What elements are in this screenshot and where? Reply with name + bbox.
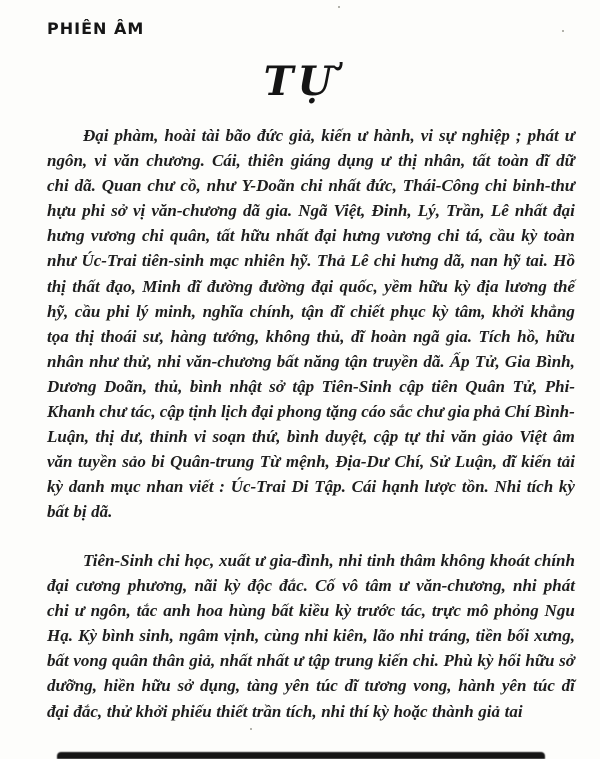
word: Y-Doãn [242,176,295,196]
word: lão [373,626,395,646]
word: cập [160,402,185,422]
word: kỳ [224,576,240,596]
word: dĩ [187,277,200,297]
word: thị [75,327,94,347]
word: thâm [400,551,436,571]
word: thoái [101,327,137,347]
word: sắc [390,402,413,422]
text-line: ngôn,vivănchương.Cái,thiêngiángdụngưthịn… [47,151,575,176]
word: sư, [143,327,164,347]
word: tất [217,226,235,246]
word: Úc-Trai [231,477,286,497]
scan-speck [338,6,340,8]
word: cập [399,377,424,397]
text-line: Tiên-Sinhchihọc,xuấtưgia-đình,nhitinhthâ… [47,551,575,576]
word: thế [553,277,575,297]
word: ngôn, [47,151,87,171]
word: chính [534,551,575,571]
word: nhi [400,626,424,646]
word: vương [91,226,136,246]
word: yềm [384,277,412,297]
word: tâm, [455,302,486,322]
word: nhan [146,477,183,497]
word: sự [439,126,456,146]
word: hối [498,651,521,671]
word: hựu [47,201,76,221]
word: nhật [230,377,262,397]
word: quân [112,651,148,671]
word: lịch [221,402,247,422]
word: trần [252,702,281,722]
word: ; [516,126,522,146]
word: gia. [266,201,292,221]
word: chư [417,402,444,422]
section-title: TỰ [0,58,600,105]
page-bottom-scan-shadow [57,752,545,759]
word: kiến [521,452,551,472]
word: đại [553,201,575,221]
word: hạnh [382,477,419,497]
word: lược [425,477,457,497]
text-line: DươngDoãn,thủ,bìnhnhậtsởtậpTiên-Sinhcậpt… [47,377,575,402]
word: thành [432,702,474,722]
word: cáo [361,402,386,422]
word: yên [285,676,310,696]
word: tai. [526,251,548,271]
word: nhất [220,651,252,671]
word: cầu [75,302,101,322]
word: Cái, [212,151,241,171]
word: Luận, [455,452,497,472]
word: túc [533,676,555,696]
word: tai [505,702,523,722]
word: thiên [248,151,284,171]
word: bình [102,626,134,646]
word: Cái [352,477,377,497]
word: dư, [121,427,144,447]
word: phi [82,201,105,221]
word: danh [69,477,105,497]
word: Ấp [450,352,470,372]
word: Quân-trung [170,452,254,472]
word: phàm, [114,126,158,146]
word: tồn. [462,477,489,497]
text-line: đạiđắc,thửkhởiphiếuthiếttrầntích,nhithík… [47,702,575,727]
word: chi [158,551,180,571]
word: tận [301,302,324,322]
word: Tiên-Sinh [83,551,153,571]
word: dĩ [345,676,358,696]
word: hoài [164,126,195,146]
word: Phi- [545,377,575,397]
word: thiết [216,702,247,722]
word: phiếu [172,702,212,722]
word: thứ, [252,427,281,447]
word: anh [163,601,190,621]
word: học, [185,551,215,571]
word: quốc, [339,277,377,297]
word: chính, [250,302,295,322]
word: Hạ. [47,626,73,646]
word: chương. [146,151,205,171]
word: tác, [131,402,156,422]
word: vi [421,126,433,146]
text-line: hỹ,cầuphilýminh,nghĩachính,tậndĩchiếtphụ… [47,302,575,327]
word: thủ, [317,327,345,347]
word: dĩ [536,151,549,171]
word: nãi [194,576,217,596]
word: kỳ [454,277,470,297]
scan-speck [250,728,252,730]
word: mục [110,477,140,497]
word: bị [73,502,86,522]
word: kỳ [559,477,575,497]
word: tọa [47,327,69,347]
word: văn-chương, [416,576,506,596]
word: hàng [171,327,207,347]
word: Lý, [418,201,440,221]
paragraph-2: Tiên-Sinhchihọc,xuấtưgia-đình,nhitinhthâ… [47,551,575,727]
word: hoặc [394,702,428,722]
word: Chí, [394,452,424,472]
word: tự [405,427,420,447]
word: dã. [75,176,96,196]
word: viết [189,477,214,497]
word: bình [190,377,222,397]
word: phỏng [494,601,538,621]
word: Hồ [553,251,575,271]
word: gia-đình, [270,551,334,571]
text-line: nhânnhưthử,nhivăn-chươngbấtnăngtậntruyền… [47,352,575,377]
word: chi [374,251,396,271]
word: phong [277,402,321,422]
word: Cố [315,576,335,596]
word: ư [357,126,367,146]
word: nghiệp [462,126,510,146]
word: đường [207,277,253,297]
text-line: nhưÚc-Traitiên-sinhmạcnhiênhỹ.ThảLêchihư… [47,251,575,276]
word: Úc-Trai [81,251,136,271]
word: ư [565,126,575,146]
word: giả, [189,651,215,671]
word: tận [345,352,368,372]
word: nhi [338,551,362,571]
word: Từ [260,452,281,472]
word: cập [374,427,399,447]
word: tướng, [213,327,259,347]
word: minh, [155,302,196,322]
word: Thả [317,251,345,271]
word: hoàn [371,327,407,347]
word: tiên [431,377,457,397]
word: Tiên-Sinh [322,377,392,397]
word: ư [255,551,265,571]
word: Phù [443,651,472,671]
word: Sử [430,452,450,472]
word: văn-chương [186,352,271,372]
word: bất [47,651,69,671]
word: dữ [556,151,575,171]
word: đại [47,576,69,596]
word: nhân [47,352,84,372]
word: trung [335,651,374,671]
word: hữu [419,277,448,297]
word: phả [474,402,500,422]
word: xuất [219,551,250,571]
word: dĩ [502,452,515,472]
scanned-book-page: PHIÊN ÂM TỰ Đạiphàm,hoàitàibãođứcgiả,kiế… [0,0,600,759]
word: kiều [299,601,329,621]
word: chiết [350,302,384,322]
word: Khanh [47,402,95,422]
text-line: bấtvongquânthângiả,nhấtnhấtưtậptrungkiến… [47,651,575,676]
word: sở [269,377,285,397]
word: Tập. [314,477,346,497]
word: Việt, [334,201,366,221]
word: ngôn, [91,601,131,621]
text-line: Luận,thịdư,thỉnhvisoạnthứ,bìnhduyệt,cậpt… [47,427,575,452]
word: duyệt, [325,427,367,447]
word: nhi [513,576,537,596]
word: kiến [378,651,408,671]
word: Ngã [298,201,327,221]
word: hữu [525,651,554,671]
word: tâm [365,576,391,596]
word: ngã [413,327,439,347]
word: chi [142,226,164,246]
word: toàn [544,226,575,246]
word: Tử, [475,352,500,372]
page-header-label: PHIÊN ÂM [47,19,144,38]
word: soạn [213,427,246,447]
word: đại [252,402,274,422]
word: thất [72,277,99,297]
word: vi [194,427,206,447]
word: chư [147,176,174,196]
text-line: bấtbịdã. [47,502,575,527]
word: vị [133,201,145,221]
word: Bình, [536,352,575,372]
word: nhiên [244,251,285,271]
word: bất [47,502,69,522]
word: đức, [366,176,396,196]
word: bình [287,427,319,447]
word: hồ, [517,327,539,347]
word: tập [308,651,330,671]
text-line: hưngvươngchiquân,tấthữunhấtđạihưngvươngc… [47,226,575,251]
word: nhi [304,626,328,646]
word: nhân, [424,151,465,171]
word: thị [398,151,417,171]
word: tịnh [188,402,216,422]
word: Quan [102,176,142,196]
word: sở [559,651,575,671]
word: khởi [492,302,524,322]
word: Đinh, [371,201,411,221]
word: bão [226,126,252,146]
word: giảo [483,427,513,447]
word: mệnh, [286,452,330,472]
word: đường [259,277,305,297]
word: dã. [423,352,444,372]
word: thị [47,277,66,297]
word: tích, [286,702,317,722]
word: Bình- [534,402,575,422]
word: sở [178,676,194,696]
word: dưỡng, [47,676,97,696]
word: Chí [504,402,530,422]
text-line: hựuphisởvịvăn-chươngdãgia.NgãViệt,Đinh,L… [47,201,575,226]
word: sinh, [139,626,174,646]
word: kiến [321,126,351,146]
word: Ngu [545,601,575,621]
word: hữu [546,327,575,347]
text-line: chidã.Quanchưcồ,nhưY-Doãnchinhấtđức,Thái… [47,176,575,201]
word: ngâm [179,626,219,646]
word: vịnh, [224,626,259,646]
word: dã [243,201,260,221]
word: kỳ [373,702,389,722]
text-line: tọathịthoáisư,hàngtướng,khôngthủ,dĩhoànn… [47,327,575,352]
word: bất [271,601,293,621]
word: : [219,477,225,497]
word: tá, [466,226,483,246]
word: vong, [413,676,451,696]
word: vương [387,226,432,246]
word: Kỳ [78,626,97,646]
word: độc [247,576,272,596]
word: tiên-sinh [142,251,204,271]
word: thân [153,651,185,671]
word: toàn [497,151,528,171]
word: Địa-Dư [335,452,389,472]
word: bối [507,626,529,646]
word: hành [458,676,495,696]
word: truyền [373,352,418,372]
word: như [47,251,76,271]
word: lý [136,302,148,322]
word: hưng [47,226,85,246]
word: quân, [170,226,210,246]
word: phục [391,302,426,322]
word: nhất [276,226,308,246]
word: xưng, [534,626,575,646]
word: không [441,551,485,571]
word: mô [467,601,489,621]
word: trước [357,601,395,621]
word: ư [381,151,391,171]
word: đức [257,126,283,146]
word: cầu [489,226,515,246]
text-line: thịthấtđạo,Minhdĩđườngđườngđạiquốc,yềmhữ… [47,277,575,302]
word: hưng [401,251,439,271]
word: thị [95,427,114,447]
word: kỳ [335,601,351,621]
word: dụng, [200,676,240,696]
word: thủ, [155,377,183,397]
word: mạc [210,251,239,271]
word: Tích [479,327,511,347]
word: đắc, [73,702,102,722]
word: nan [471,251,498,271]
word: phi [107,302,130,322]
word: tặng [326,402,357,422]
word: chư [99,402,126,422]
word: khoát [490,551,530,571]
word: kỳ [432,302,448,322]
word: tắc [137,601,158,621]
word: văn [451,427,477,447]
word: tài [202,126,220,146]
word: âm [553,427,575,447]
scan-speck [562,30,564,32]
word: dụng [338,151,374,171]
word: Lê [491,201,509,221]
word: thử, [123,352,152,372]
word: sở [111,201,127,221]
word: tuyền [78,452,117,472]
word: vong [73,651,107,671]
text-line: kỳdanhmụcnhanviết:Úc-TraiDiTập.Cáihạnhlư… [47,477,575,502]
word: Lê [351,251,369,271]
word: Nhi [495,477,521,497]
word: phát [544,576,575,596]
word: kỳ [477,651,493,671]
word: năng [304,352,340,372]
word: khẳng [530,302,574,322]
word: hành, [374,126,415,146]
word: cùng [264,626,299,646]
word: nhi [157,352,181,372]
word: Doãn, [104,377,147,397]
word: tàng [247,676,278,696]
word: nhi [321,702,345,722]
word: không [266,327,310,347]
word: ư [75,601,85,621]
word: hiền [104,676,135,696]
word: thỉnh [150,427,188,447]
word: Di [292,477,309,497]
text-line: chiưngôn,tắcanhhoahùngbấtkiềukỳtrướctác,… [47,601,575,626]
text-line: đạicươngphương,nãikỳđộcđắc.Cốvôtâmưvăn-c… [47,576,575,601]
word: nghĩa [203,302,244,322]
text-line: Khanhchưtác,cậptịnhlịchđạiphongtặngcáosắ… [47,402,575,427]
word: chi [47,601,69,621]
word: giả [478,702,500,722]
word: chi [485,176,507,196]
word: nhất [515,201,547,221]
word: Đại [83,126,109,146]
word: tác, [401,601,426,621]
word: như [207,176,236,196]
word: nhất [257,651,289,671]
word: tập [292,377,314,397]
word: chi [438,226,460,246]
word: sảo [122,452,146,472]
word: Quân [465,377,505,397]
word: thí [349,702,368,722]
text-line: văntuyềnsảobiQuân-trungTừmệnh,Địa-DưChí,… [47,452,575,477]
word: chi. [413,651,439,671]
word: hỹ. [290,251,311,271]
word: Thái-Công [403,176,480,196]
word: kỳ [521,226,537,246]
word: kiên, [333,626,367,646]
word: giả, [289,126,315,146]
word: hữu [241,226,270,246]
word: Tử, [512,377,537,397]
word: gia. [446,327,472,347]
